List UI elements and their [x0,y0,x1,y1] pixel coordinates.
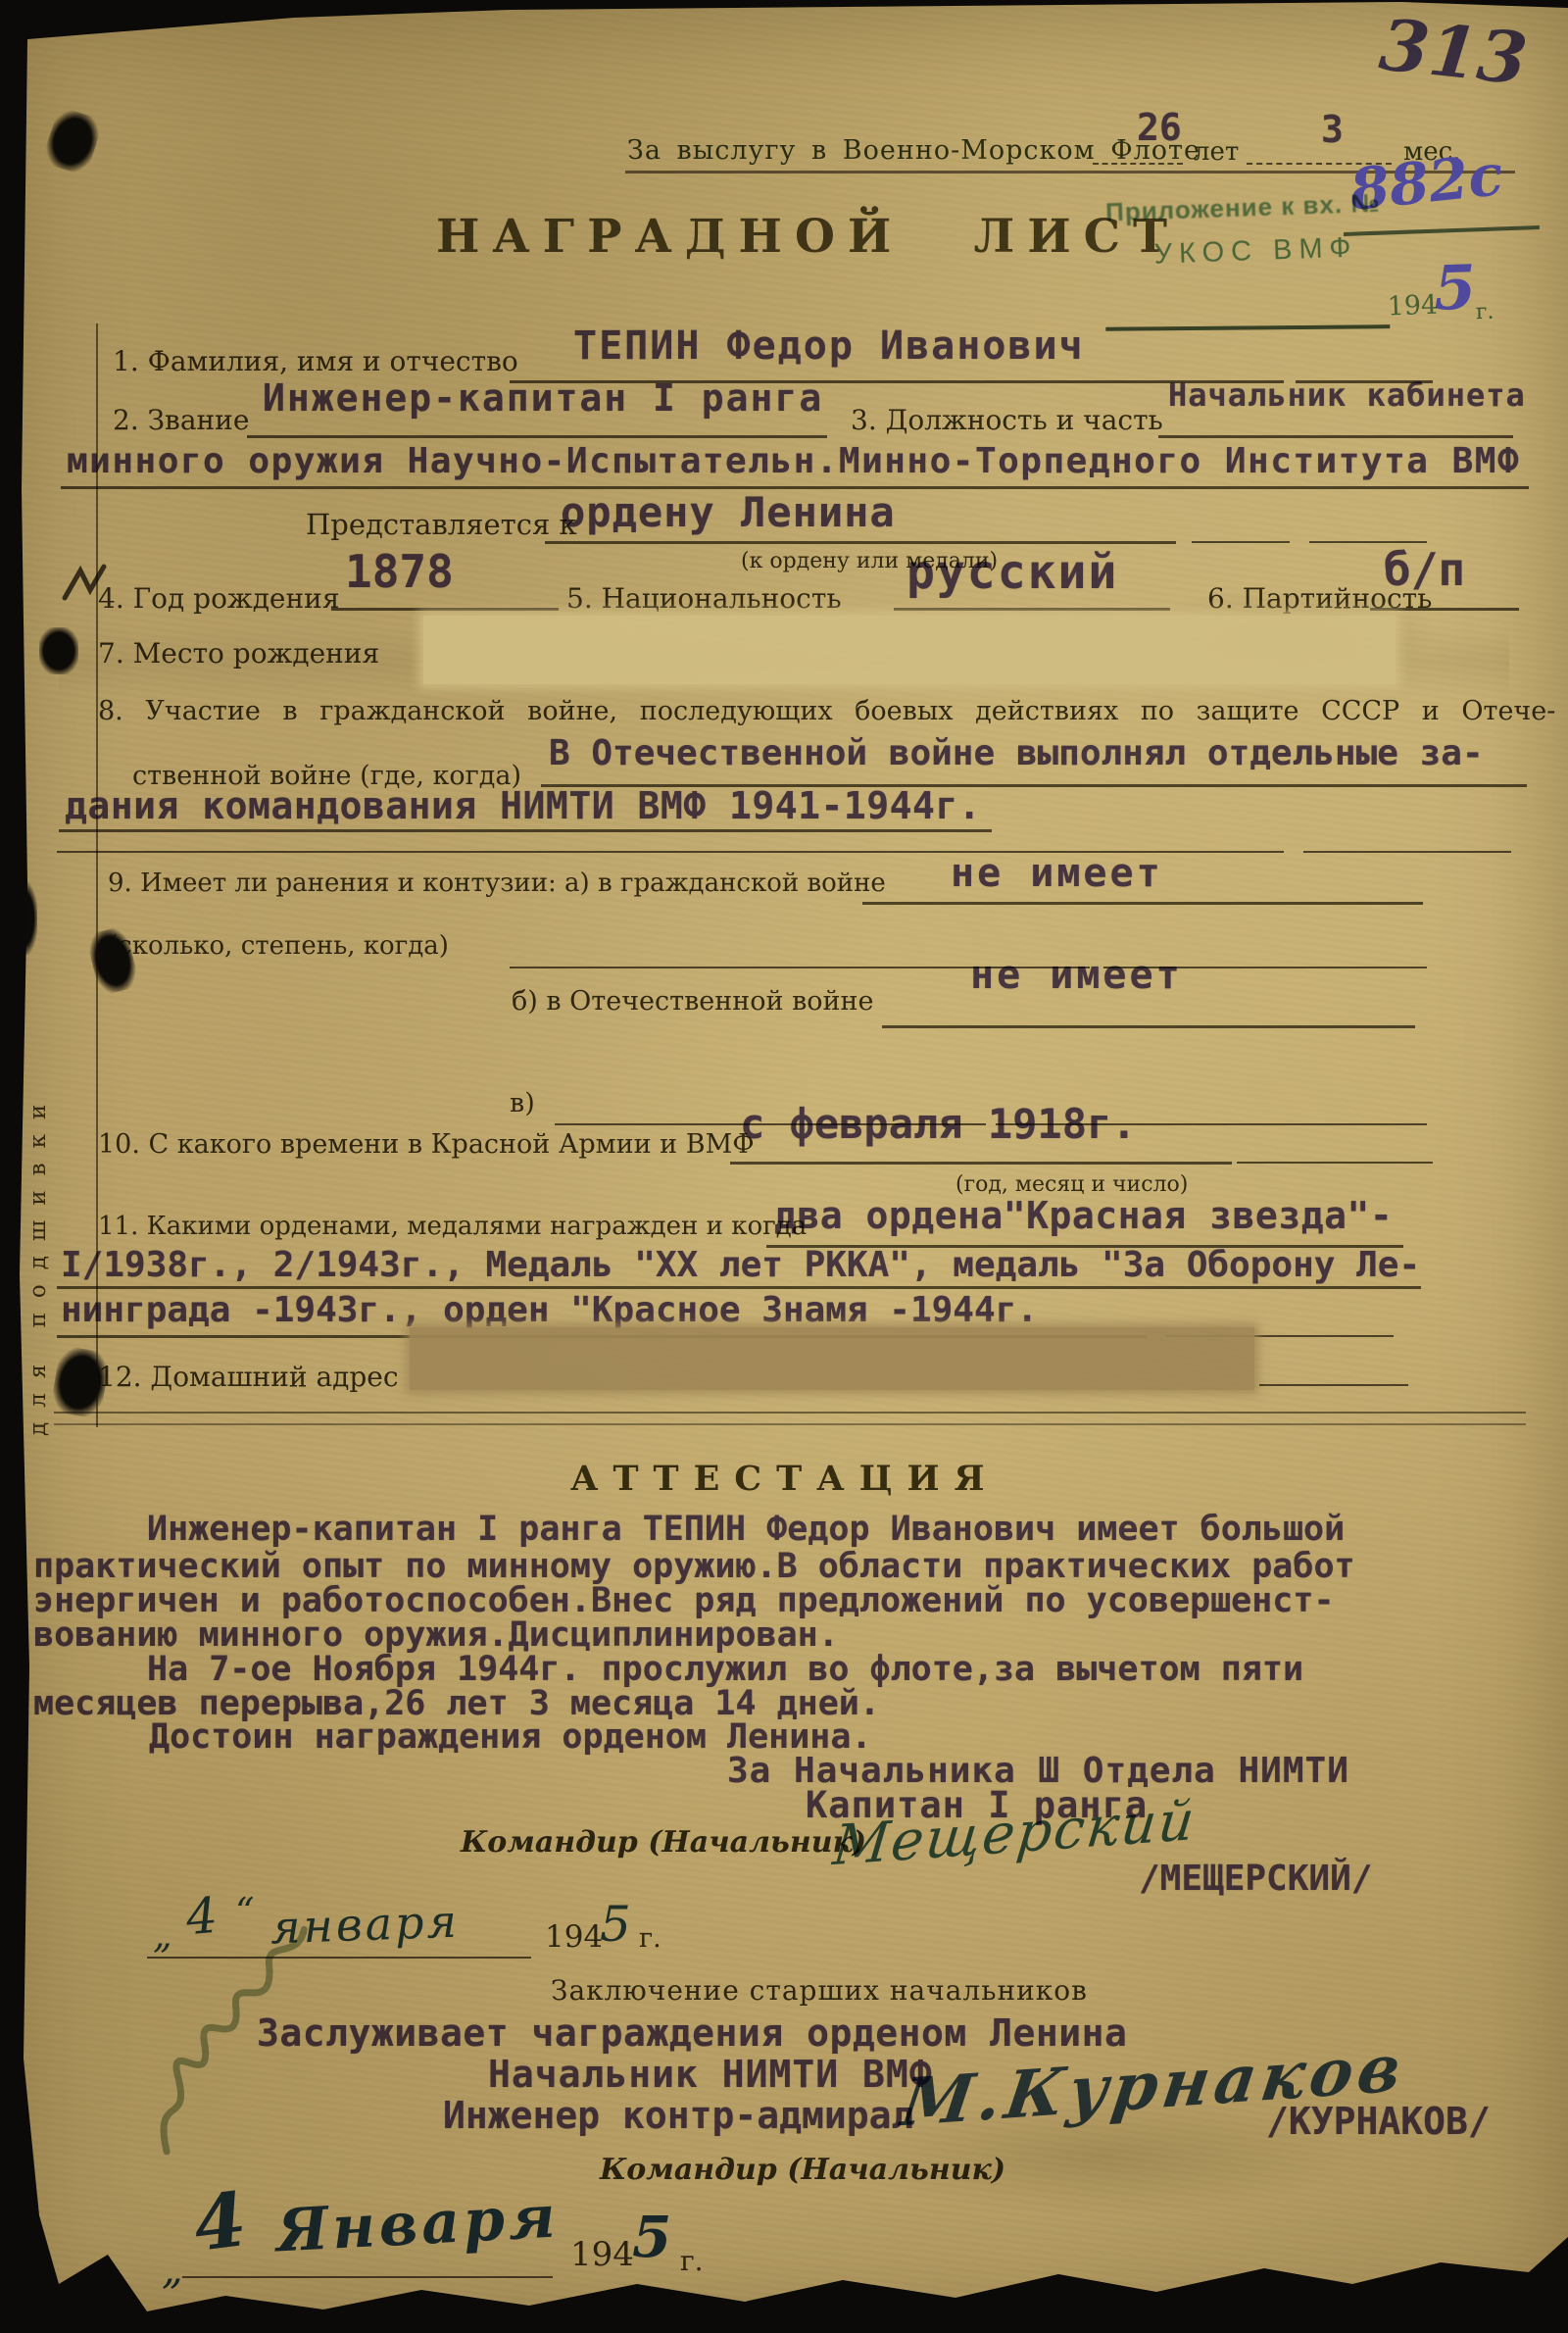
presented-value: ордену Ленина [561,488,896,536]
attestation-line: На 7-ое Ноября 1944г. прослужил во флоте… [147,1650,1303,1689]
date2-rule [182,2276,553,2278]
conclusion-line3: Инженер контр-адмирал [443,2094,913,2137]
date2-day: 4 [189,2175,251,2268]
field9b-rule [882,1025,1415,1028]
date1-close-quote: “ [235,1890,254,1933]
service-months-value: 3 [1321,108,1344,151]
stamp-year-suffix: г. [1475,300,1494,325]
corner-number: 313 [1376,2,1531,100]
conclusion-line1: Заслуживает чаграждения орденом Ленина [257,2011,1127,2055]
field2-value: Инженер-капитан I ранга [263,376,823,420]
punch-hole [41,106,104,176]
service-years-value: 26 [1137,106,1182,149]
field4-rule [331,608,559,611]
redaction-box-address [410,1327,1254,1390]
field9-label: 9. Имеет ли ранения и контузии: а) в гра… [108,869,886,898]
date2-month: Января [274,2182,561,2265]
field7-label: 7. Место рождения [98,637,379,670]
field9a-value: не имеет [951,851,1163,896]
date1-rule [147,1957,531,1959]
field1-label: 1. Фамилия, имя и отчество [113,345,518,377]
stamp-number-rule [1344,225,1540,236]
signature-meshchersky-typed: /МЕЩЕРСКИЙ/ [1139,1859,1372,1899]
date2-year-hand: 5 [632,2204,671,2270]
stamp-date-rule [1105,324,1390,331]
field10-rule1 [730,1162,1232,1165]
stamp-number-handwritten: 882с [1347,141,1506,223]
commander-label-1: Командир (Начальник) [461,1825,866,1860]
field5-value: русский [906,545,1118,600]
field11-label: 11. Какими орденами, медалями награжден … [98,1212,807,1241]
ink-mark [61,561,120,610]
edge-tear-mark [8,882,37,955]
service-years-blank [1093,163,1183,165]
conclusion-line2: Начальник НИМТИ ВМФ [488,2053,933,2096]
field9-hint: (сколько, степень, когда) [108,931,449,961]
punch-hole [49,1345,111,1419]
field8-value-line2: дания командования НИМТИ ВМФ 1941-1944г. [65,784,981,827]
field10-label: 10. С какого времени в Красной Армии и В… [98,1129,755,1160]
document-page: 313 За выслугу в Военно-Морском Флоте 26… [0,0,1568,2333]
field11-rule2 [57,1286,1421,1289]
field4-value: 1878 [345,545,454,598]
section-divider-rule1 [54,1412,1526,1414]
field9v-label: в) [510,1088,535,1118]
stamp-line2: УКОС ВМФ [1153,231,1358,271]
attestation-line: вованию минного оружия.Дисциплинирован. [33,1615,839,1655]
date1-open-quote: „ [153,1913,172,1957]
field8-rule4 [1303,851,1511,853]
punch-hole [39,627,78,674]
field8-value-line1: В Отечественной войне выполнял отдельные… [549,733,1484,773]
field2-label: 2. Звание [113,404,249,436]
field1-value: ТЕПИН Федор Иванович [573,323,1085,369]
field12-label: 12. Домашний адрес [98,1361,399,1393]
section-divider-rule2 [54,1423,1526,1425]
field5-label: 5. Национальность [566,582,842,615]
field11-value-line1: два ордена"Красная звезда"- [774,1194,1393,1237]
field8-rule2 [59,829,992,832]
stamp-year-printed: 194 [1387,290,1439,323]
attestation-line: энергичен и работоспособен.Внес ряд пред… [33,1581,1335,1620]
field8-label-line1: 8. Участие в гражданской войне, последую… [98,696,1555,726]
field10-value: с февраля 1918г. [740,1100,1137,1148]
field6-value: б/п [1384,543,1465,596]
paper-sheet: 313 За выслугу в Военно-Морском Флоте 26… [0,0,1568,2333]
stamp-year-handwritten: 5 [1433,251,1478,323]
date2-open-quote: „ [162,2245,183,2293]
date1-year-hand: 5 [600,1896,631,1953]
field4-label: 4. Год рождения [98,582,340,615]
field2-rule [247,435,827,438]
field12-rule [1259,1384,1408,1386]
field5-rule [894,608,1170,611]
presented-rule2 [1192,541,1290,543]
presented-rule [545,541,1176,544]
date1-year-printed: 194 [545,1919,603,1955]
field9a-rule [862,902,1423,905]
margin-note: для подшивки [25,956,51,1436]
attestation-line: практический опыт по минному оружию.В об… [33,1547,1355,1586]
date2-year-printed: 194 [570,2235,634,2274]
field9b-value: не имеет [970,953,1183,998]
attestation-heading: АТТЕСТАЦИЯ [570,1459,999,1499]
attestation-line: Инженер-капитан I ранга ТЕПИН Федор Иван… [147,1510,1345,1549]
conclusion-heading: Заключение старших начальников [551,1974,1088,2007]
field3-value-line1: Начальник кабинета [1168,376,1526,414]
field9b-label: б) в Отечественной войне [512,986,874,1017]
page-title: НАГРАДНОЙ ЛИСТ [436,210,1180,264]
field11-value-line3: нинграда -1943г., орден "Красное Знамя -… [61,1290,1038,1330]
field3-value-line2: минного оружия Научно-Испытательн.Минно-… [67,441,1520,481]
field11-value-line2: I/1938г., 2/1943г., Медаль "XX лет РККА"… [61,1245,1420,1285]
service-line-label: За выслугу в Военно-Морском Флоте [627,135,1200,166]
commander-label-2: Командир (Начальник) [600,2153,1005,2187]
date1-day: 4 [184,1887,220,1947]
redaction-box-birthplace [423,616,1396,684]
field10-rule2 [1237,1162,1433,1164]
date1-suffix: г. [639,1923,661,1954]
date2-suffix: г. [680,2245,704,2277]
field3-rule [1158,435,1513,438]
field6-rule [1370,608,1519,611]
field3-label: 3. Должность и часть [851,404,1163,436]
service-years-unit: лет [1194,137,1239,167]
presented-label: Представляется к [306,508,577,541]
